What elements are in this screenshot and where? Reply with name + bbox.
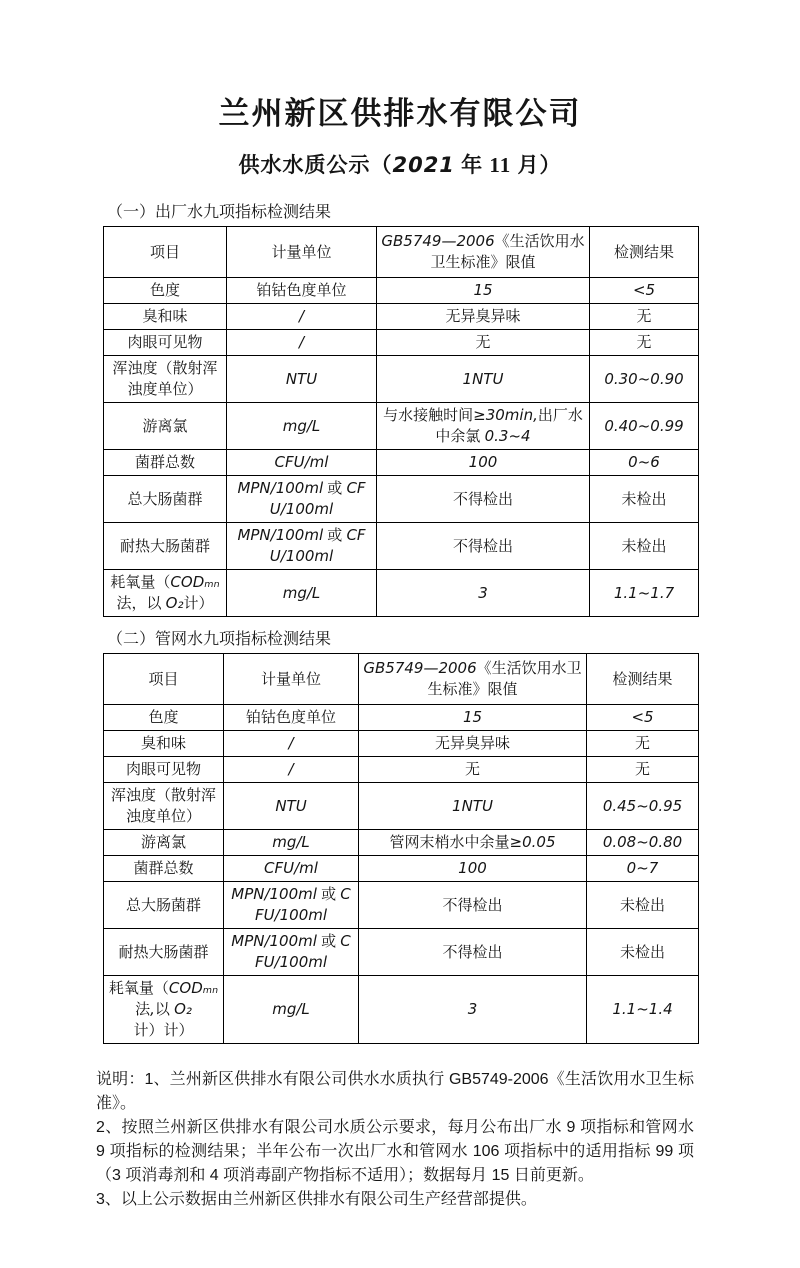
latin-run: 1.1~1.4 bbox=[612, 1000, 672, 1018]
table-cell: 浑浊度（散射浑浊度单位） bbox=[104, 783, 224, 830]
table-cell: 铂钴色度单位 bbox=[224, 705, 359, 731]
notes: 说明：1、兰州新区供排水有限公司供水水质执行 GB5749-2006《生活饮用水… bbox=[96, 1068, 694, 1212]
latin-run: NTU bbox=[275, 797, 306, 815]
table-cell: 100 bbox=[377, 450, 590, 476]
table-cell: 无 bbox=[587, 731, 699, 757]
latin-run: NTU bbox=[286, 370, 317, 388]
table-cell: MPN/100ml 或 CFU/100ml bbox=[224, 882, 359, 929]
table-cell: 耐热大肠菌群 bbox=[104, 523, 227, 570]
table-cell: 游离氯 bbox=[104, 403, 227, 450]
table-row: 色度铂钴色度单位15<5 bbox=[104, 278, 699, 304]
table-row: 耐热大肠菌群MPN/100ml 或 CFU/100ml不得检出未检出 bbox=[104, 929, 699, 976]
table-cell: 菌群总数 bbox=[104, 856, 224, 882]
table-row: 色度铂钴色度单位15<5 bbox=[104, 705, 699, 731]
table-row: 耗氧量（CODₘₙ法，以 O₂计）mg/L31.1~1.7 bbox=[104, 570, 699, 617]
latin-run: MPN/100ml bbox=[237, 526, 323, 544]
table-cell: 游离氯 bbox=[104, 830, 224, 856]
table-cell: mg/L bbox=[227, 403, 377, 450]
table-cell: 未检出 bbox=[587, 929, 699, 976]
column-header: GB5749—2006《生活饮用水卫生标准》限值 bbox=[359, 654, 587, 705]
table-cell: NTU bbox=[227, 356, 377, 403]
table-cell: 肉眼可见物 bbox=[104, 757, 224, 783]
table-row: 菌群总数CFU/ml1000~6 bbox=[104, 450, 699, 476]
table-cell: <5 bbox=[590, 278, 699, 304]
latin-run: CODₘₙ bbox=[170, 573, 219, 591]
latin-run: GB5749—2006 bbox=[381, 232, 494, 250]
table-header-row: 项目计量单位GB5749—2006《生活饮用水卫生标准》限值检测结果 bbox=[104, 227, 699, 278]
latin-run: <5 bbox=[631, 708, 653, 726]
table-cell: 管网末梢水中余量≥0.05 bbox=[359, 830, 587, 856]
table-cell: 0.30~0.90 bbox=[590, 356, 699, 403]
table-cell: 不得检出 bbox=[359, 882, 587, 929]
table-cell: CFU/ml bbox=[224, 856, 359, 882]
table-cell: 总大肠菌群 bbox=[104, 476, 227, 523]
latin-run: 1NTU bbox=[452, 797, 493, 815]
table-row: 耐热大肠菌群MPN/100ml 或 CFU/100ml不得检出未检出 bbox=[104, 523, 699, 570]
table-cell: / bbox=[227, 330, 377, 356]
table-cell: mg/L bbox=[227, 570, 377, 617]
table-cell: 耗氧量（CODₘₙ法，以 O₂计） bbox=[104, 570, 227, 617]
table-cell: 无 bbox=[359, 757, 587, 783]
table-cell: NTU bbox=[224, 783, 359, 830]
column-header: 检测结果 bbox=[590, 227, 699, 278]
latin-run: / bbox=[299, 307, 304, 325]
table-cell: 不得检出 bbox=[359, 929, 587, 976]
table-cell: 3 bbox=[377, 570, 590, 617]
latin-run: mg/L bbox=[283, 584, 321, 602]
table-cell: CFU/ml bbox=[227, 450, 377, 476]
latin-run: 0.30~0.90 bbox=[604, 370, 683, 388]
latin-run: mg/L bbox=[272, 1000, 310, 1018]
latin-run: MPN/100ml bbox=[231, 885, 317, 903]
table-cell: 1.1~1.4 bbox=[587, 976, 699, 1044]
latin-run: <5 bbox=[633, 281, 655, 299]
latin-run: 15 bbox=[473, 281, 492, 299]
table-cell: 0~6 bbox=[590, 450, 699, 476]
latin-run: 1NTU bbox=[463, 370, 504, 388]
column-header: 项目 bbox=[104, 227, 227, 278]
table-cell: 15 bbox=[377, 278, 590, 304]
table-cell: MPN/100ml 或 CFU/100ml bbox=[227, 523, 377, 570]
table-cell: 色度 bbox=[104, 705, 224, 731]
table-cell: / bbox=[227, 304, 377, 330]
table-cell: 无 bbox=[590, 330, 699, 356]
section1-heading: （一）出厂水九项指标检测结果 bbox=[107, 199, 800, 222]
table-row: 菌群总数CFU/ml1000~7 bbox=[104, 856, 699, 882]
table-cell: 1NTU bbox=[359, 783, 587, 830]
table-header-row: 项目计量单位GB5749—2006《生活饮用水卫生标准》限值检测结果 bbox=[104, 654, 699, 705]
table-cell: MPN/100ml 或 CFU/100ml bbox=[227, 476, 377, 523]
column-header: 计量单位 bbox=[224, 654, 359, 705]
table-cell: 耗氧量（CODₘₙ法,以 O₂计）计） bbox=[104, 976, 224, 1044]
table-cell: 色度 bbox=[104, 278, 227, 304]
column-header: GB5749—2006《生活饮用水卫生标准》限值 bbox=[377, 227, 590, 278]
table-cell: 浑浊度（散射浑浊度单位） bbox=[104, 356, 227, 403]
page-title: 兰州新区供排水有限公司 bbox=[0, 88, 800, 133]
table-cell: 未检出 bbox=[587, 882, 699, 929]
subtitle-year: 2021 bbox=[392, 153, 454, 177]
latin-run: 0.45~0.95 bbox=[603, 797, 682, 815]
latin-run: CODₘₙ bbox=[169, 979, 218, 997]
table-cell: 1.1~1.7 bbox=[590, 570, 699, 617]
note-paragraph: 说明：1、兰州新区供排水有限公司供水水质执行 GB5749-2006《生活饮用水… bbox=[96, 1068, 694, 1116]
latin-run: 0~6 bbox=[628, 453, 660, 471]
table-cell: 无 bbox=[587, 757, 699, 783]
table-row: 肉眼可见物/无无 bbox=[104, 757, 699, 783]
table-row: 游离氯mg/L管网末梢水中余量≥0.050.08~0.80 bbox=[104, 830, 699, 856]
latin-run: CFU/ml bbox=[275, 453, 329, 471]
table-cell: 100 bbox=[359, 856, 587, 882]
table-cell: 未检出 bbox=[590, 523, 699, 570]
section2-heading: （二）管网水九项指标检测结果 bbox=[107, 626, 800, 649]
latin-run: MPN/100ml bbox=[237, 479, 323, 497]
table-cell: 0.40~0.99 bbox=[590, 403, 699, 450]
latin-run: 0.40~0.99 bbox=[604, 417, 683, 435]
table-body: 色度铂钴色度单位15<5臭和味/无异臭异味无肉眼可见物/无无浑浊度（散射浑浊度单… bbox=[104, 705, 699, 1044]
table-cell: 不得检出 bbox=[377, 476, 590, 523]
latin-run: 3 bbox=[478, 584, 488, 602]
latin-run: / bbox=[288, 734, 293, 752]
latin-run: 0~7 bbox=[627, 859, 659, 877]
subtitle-suffix: 年 11 月） bbox=[455, 153, 562, 177]
table-row: 总大肠菌群MPN/100ml 或 CFU/100ml不得检出未检出 bbox=[104, 882, 699, 929]
pipeline-water-table: 项目计量单位GB5749—2006《生活饮用水卫生标准》限值检测结果 色度铂钴色… bbox=[103, 653, 699, 1044]
table-cell: 铂钴色度单位 bbox=[227, 278, 377, 304]
table-row: 浑浊度（散射浑浊度单位）NTU1NTU0.30~0.90 bbox=[104, 356, 699, 403]
table-row: 耗氧量（CODₘₙ法,以 O₂计）计）mg/L31.1~1.4 bbox=[104, 976, 699, 1044]
latin-run: ≥30min, bbox=[473, 406, 538, 424]
table-cell: 肉眼可见物 bbox=[104, 330, 227, 356]
latin-run: MPN/100ml bbox=[231, 932, 317, 950]
table-row: 肉眼可见物/无无 bbox=[104, 330, 699, 356]
latin-run: mg/L bbox=[272, 833, 310, 851]
latin-run: 0.08~0.80 bbox=[603, 833, 682, 851]
table-cell: 无 bbox=[590, 304, 699, 330]
table-cell: / bbox=[224, 757, 359, 783]
latin-run: 3 bbox=[468, 1000, 478, 1018]
table-cell: 无异臭异味 bbox=[377, 304, 590, 330]
table-row: 臭和味/无异臭异味无 bbox=[104, 304, 699, 330]
latin-run: 1.1~1.7 bbox=[614, 584, 674, 602]
column-header: 检测结果 bbox=[587, 654, 699, 705]
document-page: 兰州新区供排水有限公司 供水水质公示（2021 年 11 月） （一）出厂水九项… bbox=[0, 0, 800, 1212]
table-cell: 菌群总数 bbox=[104, 450, 227, 476]
table-row: 总大肠菌群MPN/100ml 或 CFU/100ml不得检出未检出 bbox=[104, 476, 699, 523]
table-cell: 无异臭异味 bbox=[359, 731, 587, 757]
table-cell: mg/L bbox=[224, 830, 359, 856]
latin-run: O₂ bbox=[174, 1000, 192, 1018]
latin-run: ≥0.05 bbox=[510, 833, 556, 851]
factory-water-table: 项目计量单位GB5749—2006《生活饮用水卫生标准》限值检测结果 色度铂钴色… bbox=[103, 226, 699, 617]
table-cell: mg/L bbox=[224, 976, 359, 1044]
table-body: 色度铂钴色度单位15<5臭和味/无异臭异味无肉眼可见物/无无浑浊度（散射浑浊度单… bbox=[104, 278, 699, 617]
table-cell: 0~7 bbox=[587, 856, 699, 882]
latin-run: / bbox=[299, 333, 304, 351]
table-cell: 3 bbox=[359, 976, 587, 1044]
table-cell: 未检出 bbox=[590, 476, 699, 523]
column-header: 项目 bbox=[104, 654, 224, 705]
table-cell: 15 bbox=[359, 705, 587, 731]
table-cell: 0.45~0.95 bbox=[587, 783, 699, 830]
column-header: 计量单位 bbox=[227, 227, 377, 278]
table-row: 浑浊度（散射浑浊度单位）NTU1NTU0.45~0.95 bbox=[104, 783, 699, 830]
table-row: 臭和味/无异臭异味无 bbox=[104, 731, 699, 757]
table-cell: <5 bbox=[587, 705, 699, 731]
latin-run: GB5749—2006 bbox=[363, 659, 476, 677]
table-cell: / bbox=[224, 731, 359, 757]
subtitle-prefix: 供水水质公示（ bbox=[238, 153, 392, 177]
latin-run: 100 bbox=[469, 453, 498, 471]
table-row: 游离氯mg/L与水接触时间≥30min,出厂水中余氯 0.3~40.40~0.9… bbox=[104, 403, 699, 450]
table-cell: 1NTU bbox=[377, 356, 590, 403]
table-cell: 臭和味 bbox=[104, 731, 224, 757]
table-cell: 总大肠菌群 bbox=[104, 882, 224, 929]
page-subtitle: 供水水质公示（2021 年 11 月） bbox=[0, 149, 800, 179]
latin-run: / bbox=[288, 760, 293, 778]
latin-run: CFU/ml bbox=[264, 859, 318, 877]
table-cell: 臭和味 bbox=[104, 304, 227, 330]
latin-run: mg/L bbox=[283, 417, 321, 435]
table-cell: 不得检出 bbox=[377, 523, 590, 570]
latin-run: 0.3~4 bbox=[485, 427, 531, 445]
latin-run: , bbox=[150, 1000, 155, 1018]
note-paragraph: 2、按照兰州新区供排水有限公司水质公示要求，每月公布出厂水 9 项指标和管网水 … bbox=[96, 1116, 694, 1188]
latin-run: 100 bbox=[458, 859, 487, 877]
table-cell: 耐热大肠菌群 bbox=[104, 929, 224, 976]
table-cell: 0.08~0.80 bbox=[587, 830, 699, 856]
table-cell: 与水接触时间≥30min,出厂水中余氯 0.3~4 bbox=[377, 403, 590, 450]
note-paragraph: 3、以上公示数据由兰州新区供排水有限公司生产经营部提供。 bbox=[96, 1188, 694, 1212]
latin-run: 15 bbox=[463, 708, 482, 726]
table-cell: 无 bbox=[377, 330, 590, 356]
latin-run: O₂ bbox=[166, 594, 184, 612]
table-cell: MPN/100ml 或 CFU/100ml bbox=[224, 929, 359, 976]
